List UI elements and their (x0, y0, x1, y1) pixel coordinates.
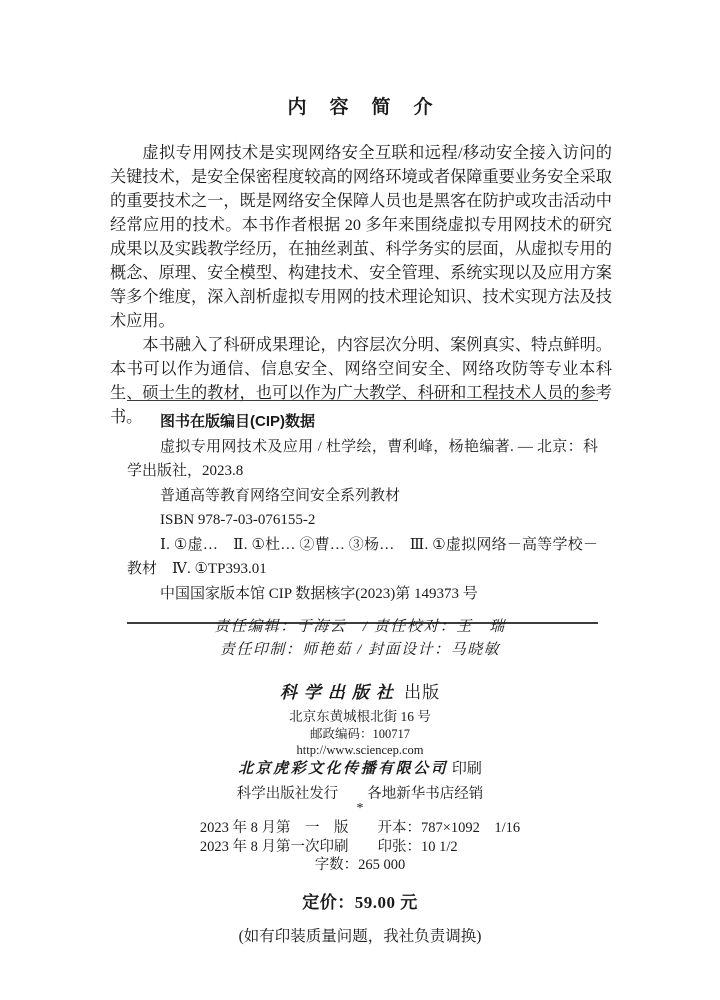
separator-asterisk: * (0, 803, 720, 815)
cip-entry: 虚拟专用网技术及应用 / 杜学绘，曹利峰，杨艳编著. — 北京：科学出版社，20… (127, 435, 598, 484)
price: 定价：59.00 元 (0, 888, 720, 913)
intro-paragraph-1: 虚拟专用网技术是实现网络安全互联和远程/移动安全接入访问的关键技术，是安全保密程… (110, 141, 612, 333)
printer-name: 北京虎彩文化传播有限公司 (238, 761, 448, 777)
content-introduction-section: 内 容 简 介 虚拟专用网技术是实现网络安全互联和远程/移动安全接入访问的关键技… (110, 92, 612, 429)
colophon-section: 科学出版社 出版 北京东黄城根北街 16 号 邮政编码：100717 http:… (0, 682, 720, 946)
edition-printing-block: 2023 年 8 月第 一 版 开本：787×1092 1/16 2023 年 … (200, 819, 520, 856)
cip-record-number: 中国国家版本馆 CIP 数据核字(2023)第 149373 号 (127, 582, 598, 607)
publisher-address: 北京东黄城根北街 16 号 (0, 707, 720, 726)
publisher-website: http://www.sciencep.com (0, 742, 720, 758)
postal-code: 邮政编码：100717 (0, 726, 720, 742)
staff-credits: 责任编辑：于海云 / 责任校对：王 瑞 责任印制：师艳茹 / 封面设计：马晓敏 (0, 616, 720, 662)
section-title: 内 容 简 介 (110, 92, 612, 119)
cip-classification: Ⅰ. ①虚… Ⅱ. ①杜… ②曹… ③杨… Ⅲ. ①虚拟网络－高等学校－教材 Ⅳ… (127, 533, 598, 582)
credits-line-print-design: 责任印制：师艳茹 / 封面设计：马晓敏 (0, 639, 720, 662)
credits-line-editors: 责任编辑：于海云 / 责任校对：王 瑞 (0, 616, 720, 639)
publisher-name: 科学出版社 (280, 683, 400, 702)
printing-line: 2023 年 8 月第一次印刷 印张：10 1/2 (200, 838, 520, 857)
cip-series: 普通高等教育网络空间安全系列教材 (127, 484, 598, 509)
printer-line: 北京虎彩文化传播有限公司 印刷 (0, 759, 720, 779)
publisher-line: 科学出版社 出版 (0, 682, 720, 704)
cip-isbn: ISBN 978-7-03-076155-2 (127, 508, 598, 533)
quality-note: (如有印装质量问题，我社负责调换) (0, 924, 720, 946)
copyright-page: 内 容 简 介 虚拟专用网技术是实现网络安全互联和远程/移动安全接入访问的关键技… (0, 0, 720, 1000)
publisher-suffix: 出版 (404, 683, 440, 702)
edition-line: 2023 年 8 月第 一 版 开本：787×1092 1/16 (200, 819, 520, 838)
word-count: 字数：265 000 (0, 856, 720, 875)
cip-data-box: 图书在版编目(CIP)数据 虚拟专用网技术及应用 / 杜学绘，曹利峰，杨艳编著.… (127, 400, 598, 624)
printer-suffix: 印刷 (452, 761, 482, 777)
cip-heading: 图书在版编目(CIP)数据 (127, 410, 598, 435)
